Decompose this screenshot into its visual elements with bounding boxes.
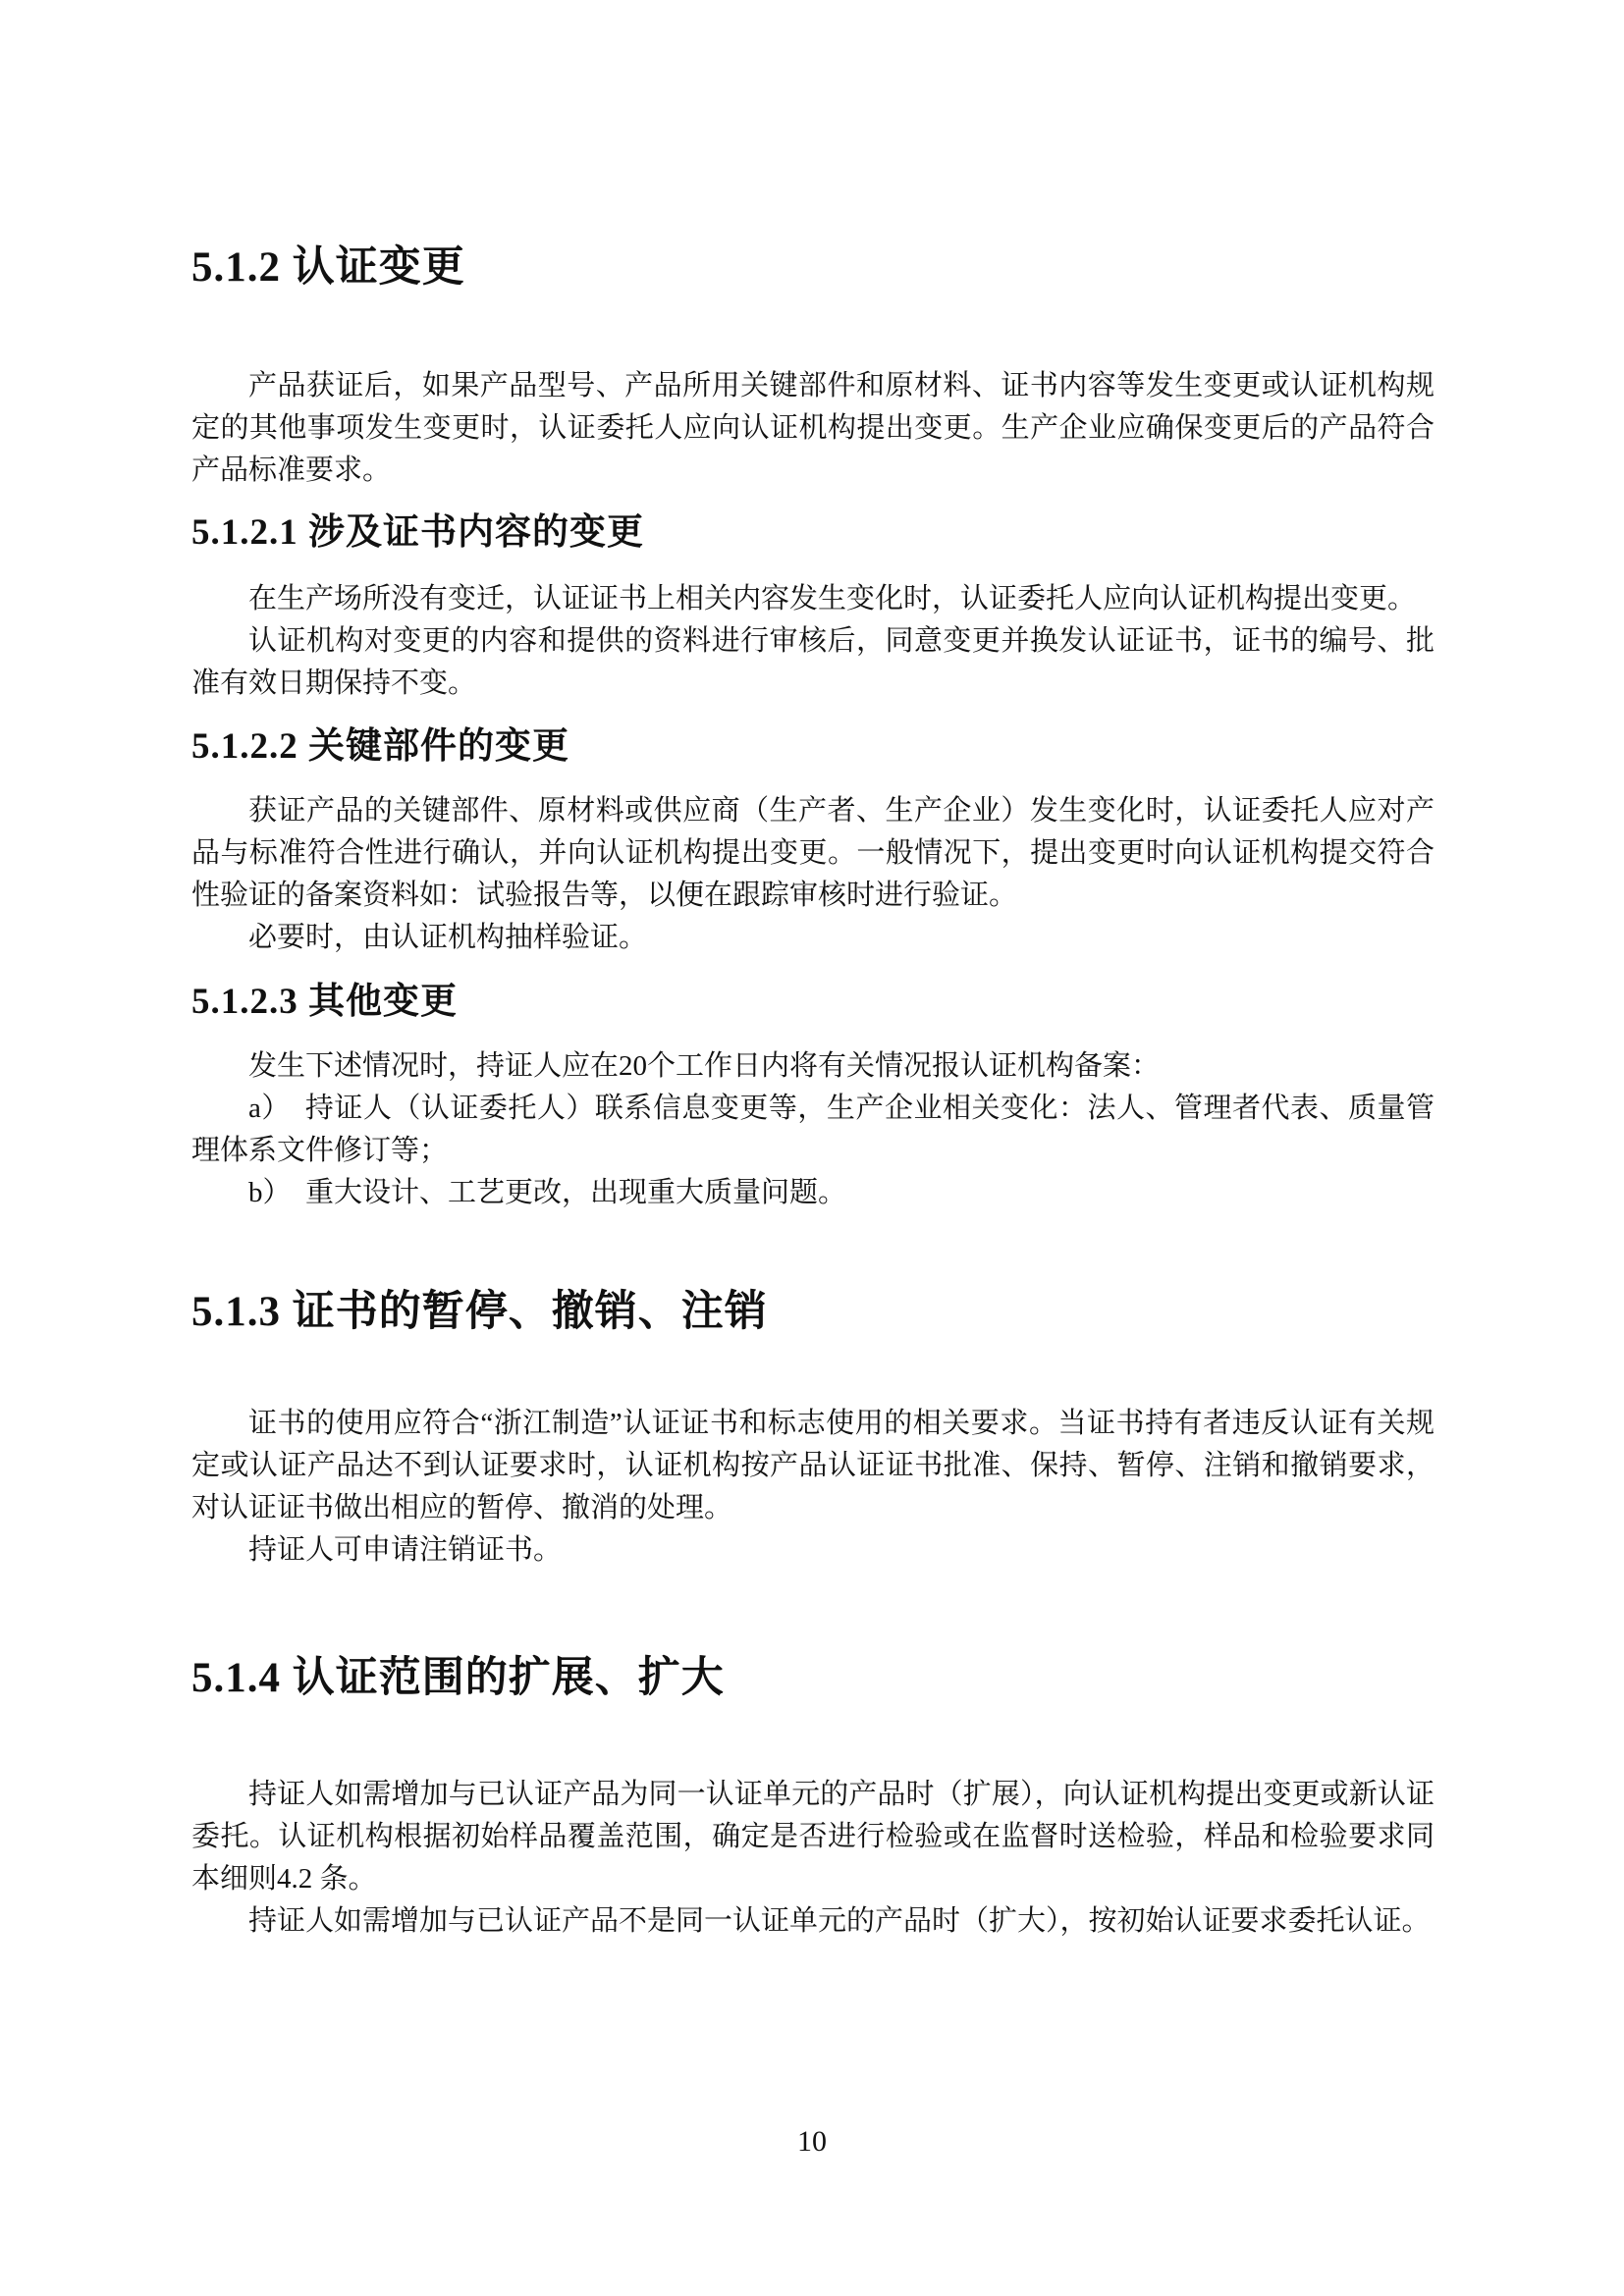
section-body-5-1-3: 证书的使用应符合“浙江制造”认证证书和标志使用的相关要求。当证书持有者违反认证有… (191, 1403, 1435, 1572)
paragraph: 认证机构对变更的内容和提供的资料进行审核后，同意变更并换发认证证书，证书的编号、… (191, 620, 1435, 705)
paragraph: 持证人如需增加与已认证产品不是同一认证单元的产品时（扩大），按初始认证要求委托认… (191, 1900, 1435, 1943)
heading-5-1-3: 5.1.3 证书的暂停、撤销、注销 (191, 1290, 1468, 1334)
paragraph: 必要时，由认证机构抽样验证。 (191, 917, 1435, 959)
paragraph: 产品获证后，如果产品型号、产品所用关键部件和原材料、证书内容等发生变更或认证机构… (191, 365, 1435, 492)
heading-5-1-2-1: 5.1.2.1 涉及证书内容的变更 (191, 514, 1468, 553)
paragraph: 持证人如需增加与已认证产品为同一认证单元的产品时（扩展），向认证机构提出变更或新… (191, 1774, 1435, 1900)
page-number: 10 (0, 2124, 1624, 2160)
heading-5-1-4: 5.1.4 认证范围的扩展、扩大 (191, 1656, 1468, 1700)
section-body-5-1-2-2: 获证产品的关键部件、原材料或供应商（生产者、生产企业）发生变化时，认证委托人应对… (191, 790, 1435, 959)
paragraph: 持证人可申请注销证书。 (191, 1529, 1435, 1572)
paragraph: 发生下述情况时，持证人应在20个工作日内将有关情况报认证机构备案： (191, 1045, 1435, 1088)
page-background: { "page": { "number": "10" }, "sections"… (0, 0, 1624, 2296)
section-body-5-1-4: 持证人如需增加与已认证产品为同一认证单元的产品时（扩展），向认证机构提出变更或新… (191, 1774, 1435, 1943)
section-body-5-1-2-1: 在生产场所没有变迁，认证证书上相关内容发生变化时，认证委托人应向认证机构提出变更… (191, 578, 1435, 705)
paragraph: 在生产场所没有变迁，认证证书上相关内容发生变化时，认证委托人应向认证机构提出变更… (191, 578, 1435, 620)
paragraph: 证书的使用应符合“浙江制造”认证证书和标志使用的相关要求。当证书持有者违反认证有… (191, 1403, 1435, 1529)
heading-5-1-2-3: 5.1.2.3 其他变更 (191, 984, 1468, 1022)
heading-5-1-2: 5.1.2 认证变更 (191, 245, 1468, 290)
list-item-a: a） 持证人（认证委托人）联系信息变更等，生产企业相关变化：法人、管理者代表、质… (191, 1088, 1435, 1172)
section-body-5-1-2: 产品获证后，如果产品型号、产品所用关键部件和原材料、证书内容等发生变更或认证机构… (191, 365, 1435, 492)
list-item-b: b） 重大设计、工艺更改，出现重大质量问题。 (191, 1172, 1435, 1214)
heading-5-1-2-2: 5.1.2.2 关键部件的变更 (191, 728, 1468, 767)
section-body-5-1-2-3: 发生下述情况时，持证人应在20个工作日内将有关情况报认证机构备案： a） 持证人… (191, 1045, 1435, 1214)
document-sheet: 5.1.2 认证变更 产品获证后，如果产品型号、产品所用关键部件和原材料、证书内… (0, 0, 1624, 2296)
paragraph: 获证产品的关键部件、原材料或供应商（生产者、生产企业）发生变化时，认证委托人应对… (191, 790, 1435, 917)
